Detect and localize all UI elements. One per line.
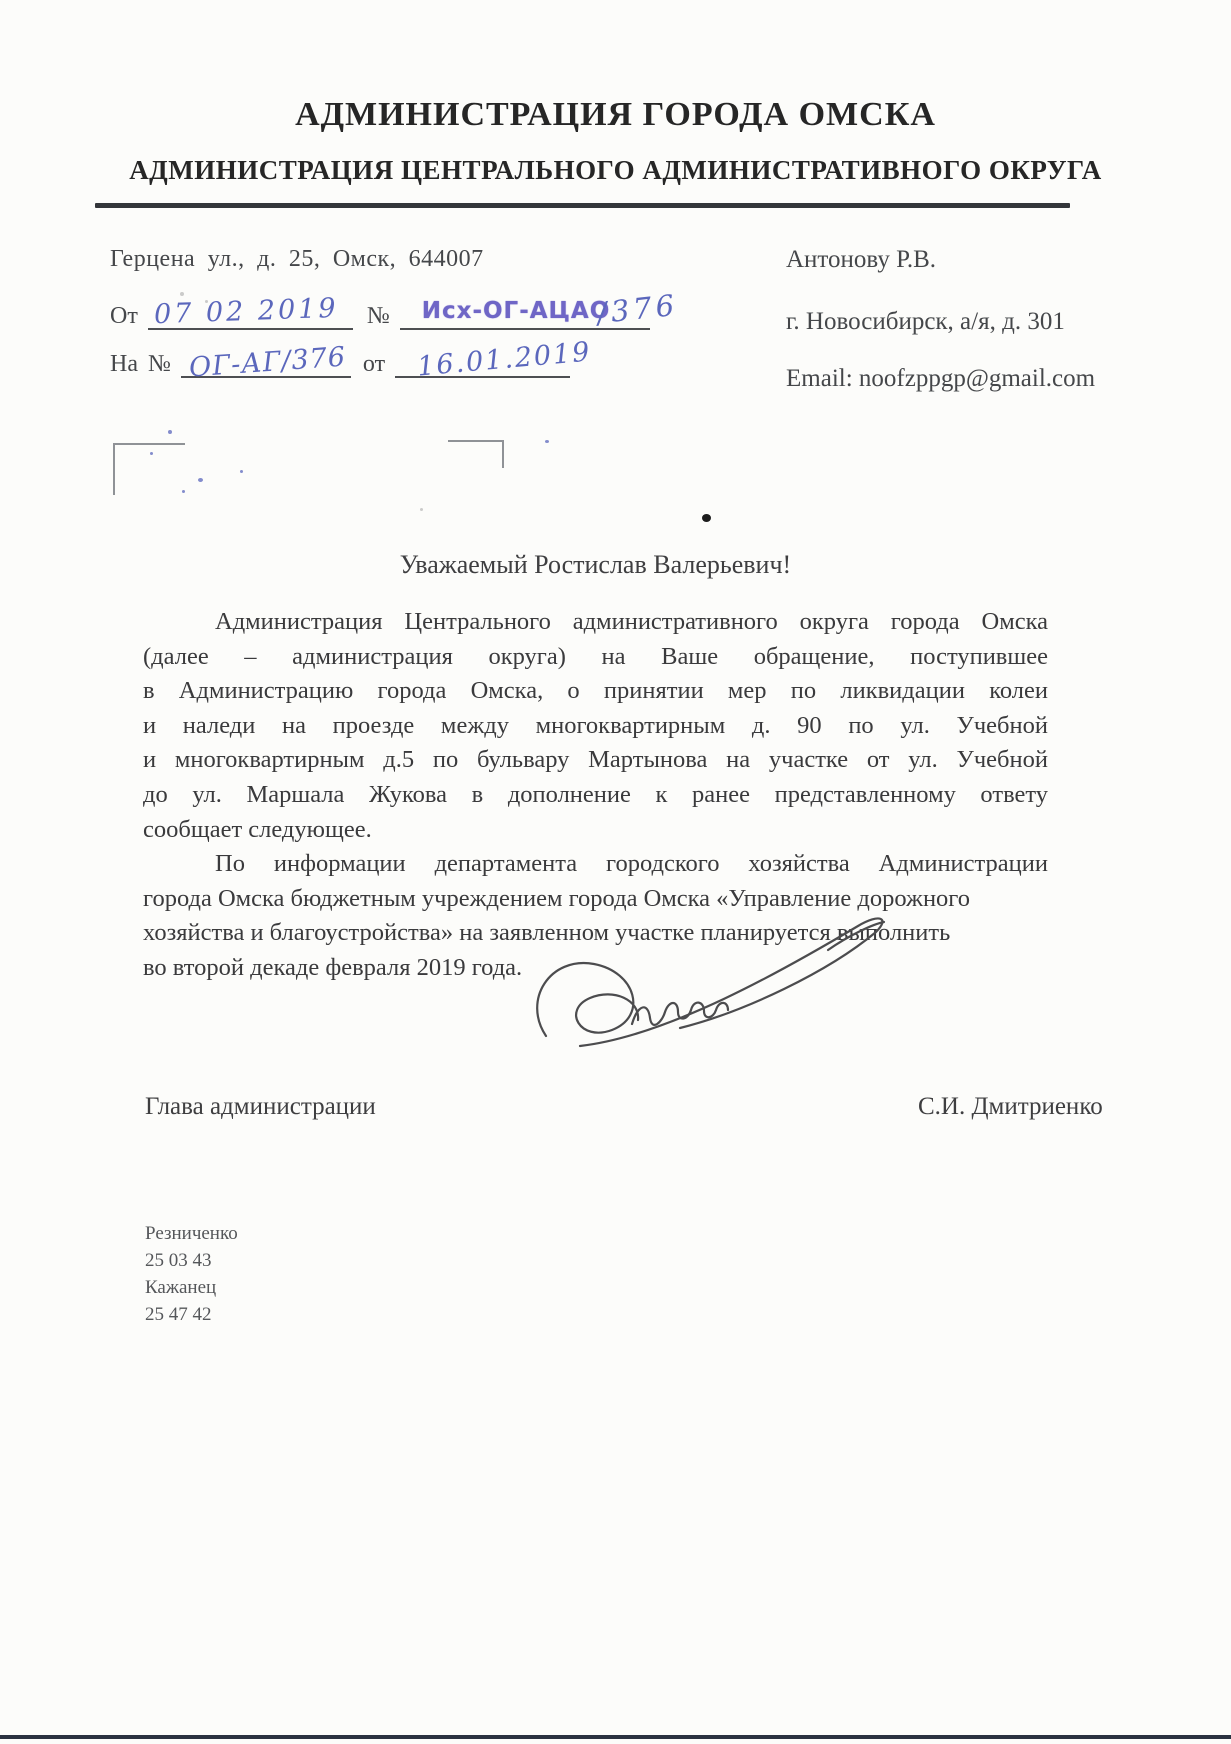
reply-ref-underline: ОГ-АГ/376 — [181, 348, 351, 378]
body-line: в Администрацию города Омска, о принятии… — [143, 674, 1048, 709]
from-date-handwritten: 07 02 2019 — [153, 293, 339, 330]
recipient-city: г. Новосибирск, а/я, д. 301 — [786, 308, 1065, 336]
body-paragraph-1: Администрация Центрального административ… — [143, 605, 1048, 847]
outgoing-ref-underline: Исх-ОГ-АЦАО /376 — [400, 300, 650, 330]
scan-speck — [205, 300, 208, 303]
contact-phone: 25 47 42 — [145, 1301, 238, 1328]
signature-image — [528, 908, 908, 1058]
reply-ref-handwritten: ОГ-АГ/376 — [188, 342, 347, 384]
letterhead-title-district: АДМИНИСТРАЦИЯ ЦЕНТРАЛЬНОГО АДМИНИСТРАТИВ… — [0, 155, 1231, 186]
scan-speck — [180, 292, 184, 296]
contact-phone: 25 03 43 — [145, 1247, 238, 1274]
contact-name: Резниченко — [145, 1220, 238, 1247]
signer-name: С.И. Дмитриенко — [918, 1093, 1103, 1121]
body-line: Администрация Центрального административ… — [143, 605, 1048, 640]
ink-dot — [702, 514, 711, 522]
sender-address: Герцена ул., д. 25, Омск, 644007 — [110, 246, 484, 273]
address-window-corner-right — [448, 440, 504, 468]
ink-speck — [150, 452, 153, 455]
recipient-name: Антонову Р.В. — [786, 246, 936, 274]
body-line: до ул. Маршала Жукова в дополнение к ран… — [143, 778, 1048, 813]
footer-contacts: Резниченко 25 03 43 Кажанец 25 47 42 — [145, 1220, 238, 1328]
contact-name: Кажанец — [145, 1274, 238, 1301]
body-line: и наледи на проезде между многоквартирны… — [143, 709, 1048, 744]
ink-speck — [198, 478, 203, 482]
ink-speck — [545, 440, 549, 443]
body-line: и многоквартирным д.5 по бульвару Мартын… — [143, 743, 1048, 778]
letterhead-divider — [95, 203, 1070, 208]
number-label: № — [367, 303, 390, 330]
signer-position: Глава администрации — [145, 1093, 376, 1121]
scan-edge-line — [0, 1735, 1231, 1739]
na-label: На — [110, 351, 138, 378]
reply-no-label: № — [148, 351, 171, 378]
outgoing-ref-line: От 07 02 2019 № Исх-ОГ-АЦАО /376 — [110, 300, 650, 330]
ink-speck — [240, 470, 243, 473]
body-line: (далее – администрация округа) на Ваше о… — [143, 640, 1048, 675]
outgoing-ref-stamp: Исх-ОГ-АЦАО — [422, 298, 611, 324]
body-line: сообщает следующее. — [143, 813, 1048, 848]
reply-date-underline: 16.01.2019 — [395, 348, 570, 378]
address-window-corner-left — [113, 443, 185, 495]
from-date-underline: 07 02 2019 — [148, 300, 353, 330]
ot-label: от — [363, 351, 385, 378]
reply-date-handwritten: 16.01.2019 — [416, 336, 593, 382]
body-line: По информации департамента городского хо… — [143, 847, 1048, 882]
greeting: Уважаемый Ростислав Валерьевич! — [143, 550, 1048, 580]
ink-speck — [168, 430, 172, 434]
recipient-email: Email: noofzppgp@gmail.com — [786, 365, 1095, 393]
letterhead-title-city: АДМИНИСТРАЦИЯ ГОРОДА ОМСКА — [0, 96, 1231, 134]
reply-ref-line: На № ОГ-АГ/376 от 16.01.2019 — [110, 348, 570, 378]
outgoing-ref-handwritten: /376 — [595, 288, 679, 330]
ink-speck — [182, 490, 185, 493]
from-label: От — [110, 303, 138, 330]
scan-speck — [420, 508, 423, 511]
